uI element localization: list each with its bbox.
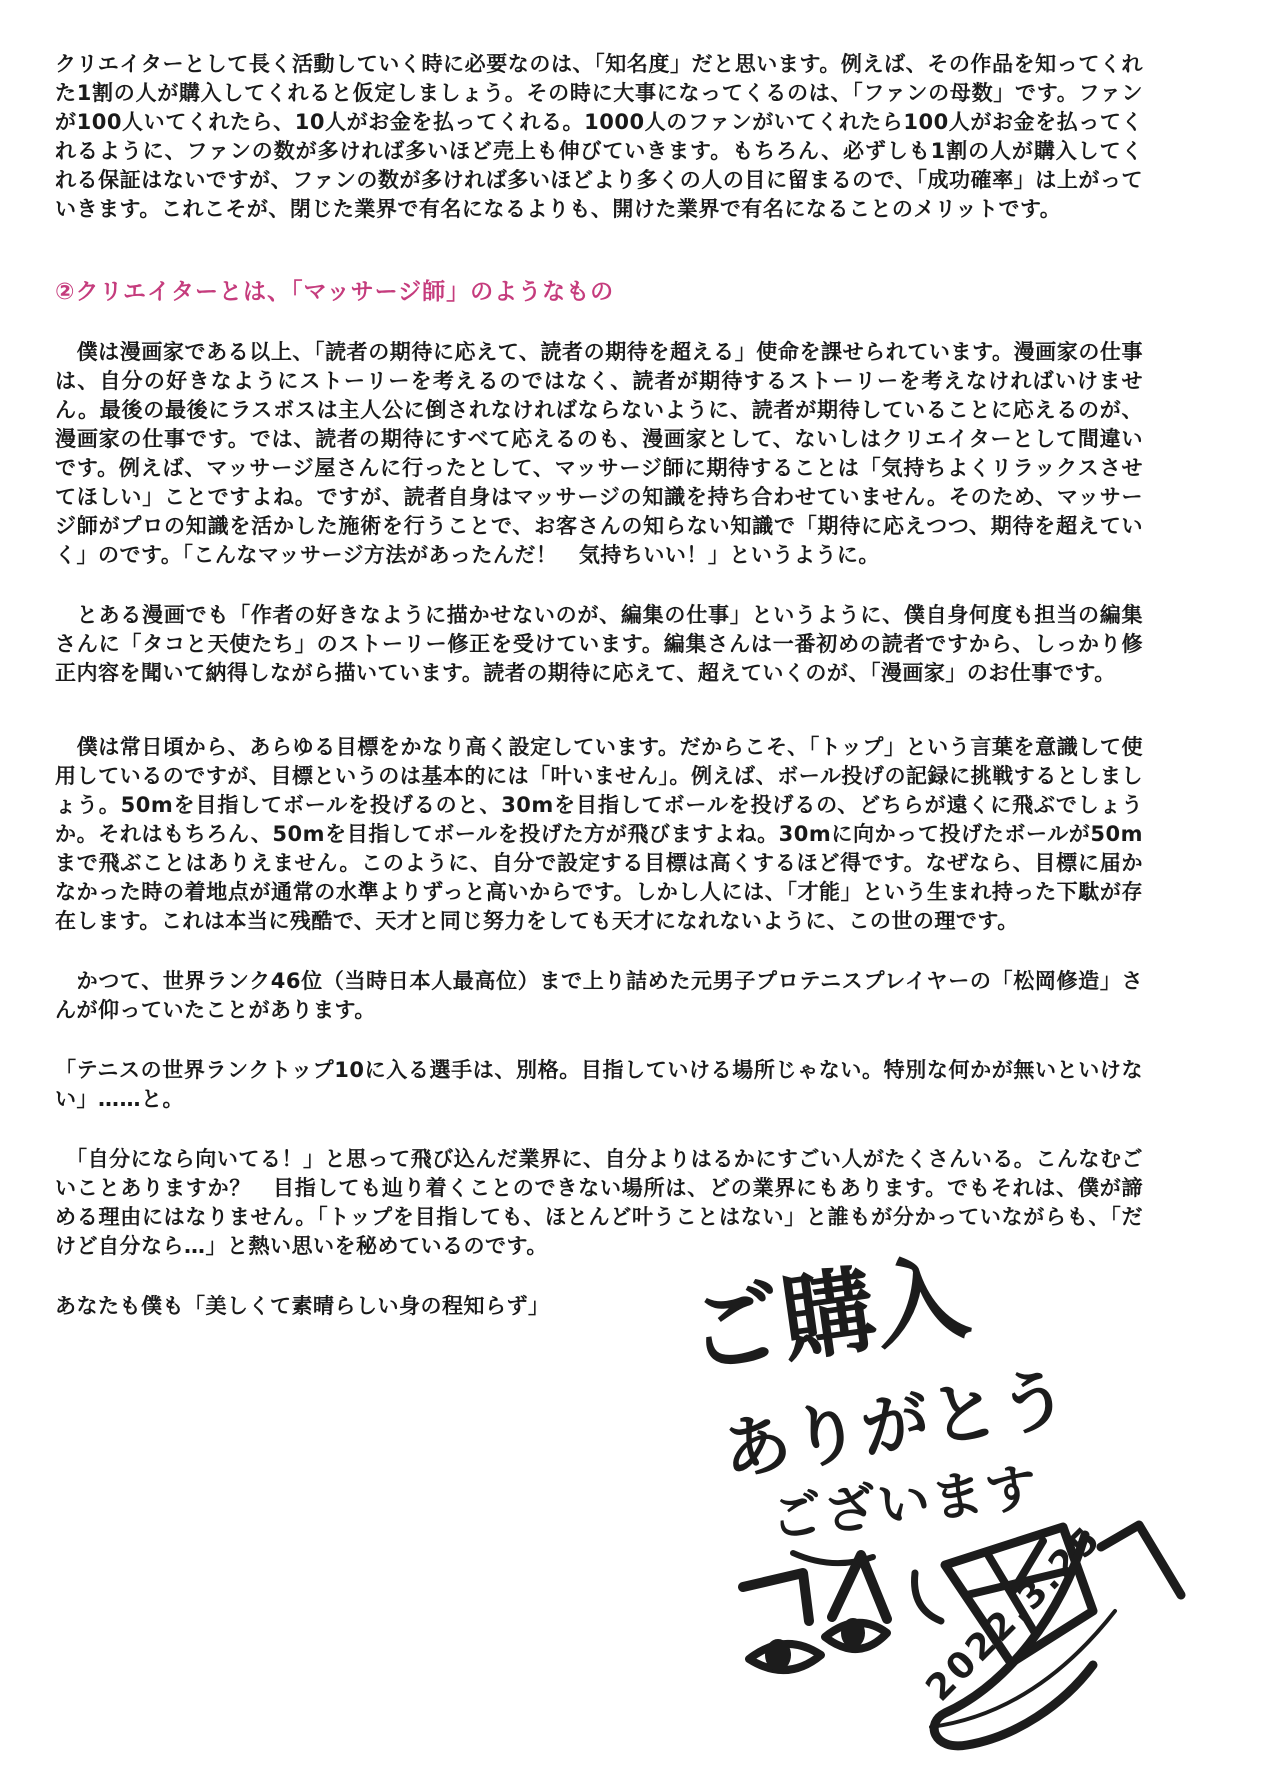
signature-scribble-hook xyxy=(915,1573,941,1621)
paragraph-goals: 僕は常日頃から、あらゆる目標をかなり高く設定しています。だからこそ、「トップ」と… xyxy=(55,733,1143,936)
signature-block: ご購入 ありがとう ございます 2022.3.25 xyxy=(615,1235,1255,1780)
signature-scribble-accent xyxy=(1101,1525,1181,1595)
afterword-body: クリエイターとして長く活動していく時に必要なのは、「知名度」だと思います。例えば… xyxy=(55,50,1143,1321)
paragraph-popularity: クリエイターとして長く活動していく時に必要なのは、「知名度」だと思います。例えば… xyxy=(55,50,1143,224)
paragraph-quote: 「テニスの世界ランクトップ10に入る選手は、別格。目指していける場所じゃない。特… xyxy=(55,1056,1143,1114)
thanks-text-line1: ご購入 xyxy=(681,1243,975,1390)
paragraph-editor: とある漫画でも「作者の好きなように描かせないのが、編集の仕事」というように、僕自… xyxy=(55,601,1143,688)
cat-left-pupil-icon xyxy=(765,1639,791,1671)
paragraph-matsuoka: かつて、世界ランク46位（当時日本人最高位）まで上り詰めた元男子プロテニスプレイ… xyxy=(55,967,1143,1025)
section-heading-2: ②クリエイターとは、「マッサージ師」のようなもの xyxy=(55,278,1143,306)
paragraph-masseur: 僕は漫画家である以上、「読者の期待に応えて、読者の期待を超える」使命を課せられて… xyxy=(55,338,1143,570)
handwritten-signature-art: ご購入 ありがとう ございます 2022.3.25 xyxy=(615,1235,1255,1780)
cat-left-ear-icon xyxy=(743,1573,809,1621)
cat-right-pupil-icon xyxy=(841,1618,865,1648)
